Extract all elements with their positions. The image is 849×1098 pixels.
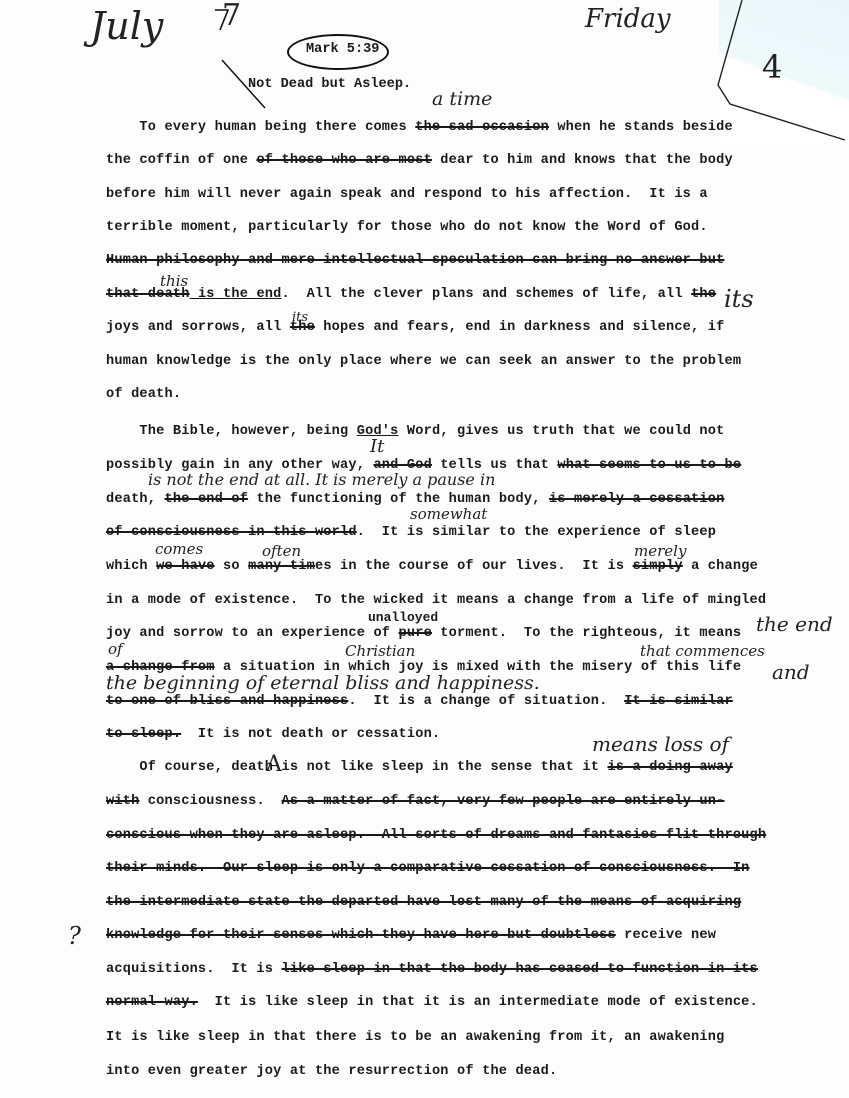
text-line: to sleep. It is not death or cessation. [106, 727, 440, 742]
struck-text: of consciousness in this world [106, 525, 357, 540]
struck-text: It is similar [624, 694, 733, 709]
text-segment: . It is a change of situation. [348, 694, 624, 709]
text-segment: a situation in which joy is mixed with t… [215, 660, 742, 675]
text-segment: The Bible, however, being [106, 424, 357, 439]
handwritten-weekday: Friday [585, 4, 671, 34]
text-segment: consciousness. [139, 794, 281, 809]
document-page: July 7 Friday 4 Mark 5:39 Not Dead but A… [0, 0, 849, 1098]
text-line: into even greater joy at the resurrectio… [106, 1064, 557, 1079]
text-segment: Of course, death is not like sleep in th… [106, 760, 607, 775]
annotation-it: It [370, 436, 384, 457]
scripture-reference: Mark 5:39 [306, 42, 379, 57]
text-segment: Word, gives us truth that we could not [399, 424, 725, 439]
text-line: with consciousness. As a matter of fact,… [106, 794, 724, 809]
struck-text: and God [373, 458, 432, 473]
text-segment: It is not death or cessation. [181, 727, 440, 742]
text-segment: joy and sorrow to an experience of [106, 626, 399, 641]
text-segment: receive new [616, 928, 716, 943]
text-line: Of course, death is not like sleep in th… [106, 760, 733, 775]
annotation-christian: Christian [345, 642, 415, 660]
struck-text: a change from [106, 660, 215, 675]
text-line: which we have so many times in the cours… [106, 559, 758, 574]
text-line: It is like sleep in that there is to be … [106, 1030, 724, 1045]
text-line: joys and sorrows, all the hopes and fear… [106, 320, 724, 335]
struck-text: we have [156, 559, 215, 574]
underlined-text: God's [357, 424, 399, 439]
struck-text: is merely a cessation [549, 492, 725, 507]
text-segment: which [106, 559, 156, 574]
text-segment: . It is similar to the experience of sle… [357, 525, 716, 540]
text-line: a change from a situation in which joy i… [106, 660, 741, 675]
struck-text: that [106, 287, 148, 302]
struck-text: of those who are most [256, 153, 432, 168]
text-segment: a change [683, 559, 758, 574]
text-line: of death. [106, 387, 181, 402]
struck-text: conscious when they are asleep. All sort… [106, 828, 766, 843]
annotation-somewhat: somewhat [410, 505, 487, 523]
text-line: terrible moment, particularly for those … [106, 220, 708, 235]
text-segment: dear to him and knows that the body [432, 153, 733, 168]
annotation-merely: merely [634, 542, 686, 560]
sermon-title: Not Dead but Asleep. [248, 77, 411, 92]
text-line: acquisitions. It is like sleep in that t… [106, 962, 758, 977]
text-line: that death is the end. All the clever pl… [106, 287, 716, 302]
corner-page-mark: 4 [762, 48, 782, 86]
text-segment: into even greater joy at the resurrectio… [106, 1064, 557, 1079]
text-line: To every human being there comes the sad… [106, 120, 733, 135]
underlined-text: is the end [190, 287, 282, 302]
text-segment: when he stands beside [549, 120, 733, 135]
struck-text: knowledge for their senses which they ha… [106, 928, 616, 943]
struck-text: Human philosophy and mere intellectual s… [106, 253, 724, 268]
text-segment: . All the clever plans and schemes of li… [282, 287, 692, 302]
margin-question-mark: ? [68, 922, 81, 950]
text-segment: It is like sleep in that there is to be … [106, 1030, 724, 1045]
annotation-means-loss-of: means loss of [592, 732, 729, 756]
text-segment: death, [106, 492, 165, 507]
annotation-and: and [772, 660, 810, 684]
text-segment: joys and sorrows, all [106, 320, 290, 335]
text-segment: possibly gain in any other way, [106, 458, 373, 473]
text-line: of consciousness in this world. It is si… [106, 525, 716, 540]
struck-text: As a matter of fact, very few people are… [282, 794, 725, 809]
text-segment: hopes and fears, end in darkness and sil… [315, 320, 725, 335]
text-line: in a mode of existence. To the wicked it… [106, 593, 766, 608]
text-segment: so [215, 559, 248, 574]
text-segment: torment. To the righteous, it means [432, 626, 741, 641]
text-line: to one of bliss and happiness. It is a c… [106, 694, 733, 709]
struck-text: pure [399, 626, 432, 641]
struck-text: the end of [165, 492, 249, 507]
text-segment: It is like sleep in that it is an interm… [198, 995, 758, 1010]
text-line: Human philosophy and mere intellectual s… [106, 253, 724, 268]
struck-text: their minds. Our sleep is only a compara… [106, 861, 750, 876]
struck-text: simply [633, 559, 683, 574]
handwritten-day-number: 7 [222, 0, 241, 33]
struck-text: to one of bliss and happiness [106, 694, 348, 709]
struck-text: the [691, 287, 716, 302]
text-segment: tells us that [432, 458, 557, 473]
struck-text: normal way. [106, 995, 198, 1010]
text-line: joy and sorrow to an experience of pure … [106, 626, 741, 641]
text-segment: acquisitions. It is [106, 962, 282, 977]
text-line: possibly gain in any other way, and God … [106, 458, 741, 473]
text-line: The Bible, however, being God's Word, gi… [106, 424, 724, 439]
text-line: knowledge for their senses which they ha… [106, 928, 716, 943]
struck-text: the intermediate state the departed have… [106, 895, 741, 910]
struck-text: death [148, 287, 190, 302]
text-segment: before him will never again speak and re… [106, 187, 708, 202]
text-segment: the functioning of the human body, [248, 492, 549, 507]
text-segment: in a mode of existence. To the wicked it… [106, 593, 766, 608]
struck-text: the sad occasion [415, 120, 549, 135]
annotation-that-commences: that commences [640, 642, 765, 660]
text-line: normal way. It is like sleep in that it … [106, 995, 758, 1010]
text-segment: of death. [106, 387, 181, 402]
annotation-often: often [262, 542, 301, 560]
text-segment: terrible moment, particularly for those … [106, 220, 708, 235]
text-line: the coffin of one of those who are most … [106, 153, 733, 168]
typed-insert-unalloyed: unalloyed [368, 610, 438, 625]
struck-text: what seems to us to be [557, 458, 741, 473]
handwritten-month: July [90, 4, 163, 48]
text-line: their minds. Our sleep is only a compara… [106, 861, 750, 876]
text-segment: human knowledge is the only place where … [106, 354, 741, 369]
text-segment: es in the course of our lives. It is [315, 559, 633, 574]
annotation-the-end: the end [756, 612, 833, 636]
annotation-a-time: a time [432, 88, 492, 110]
text-segment: To every human being there comes [106, 120, 415, 135]
text-segment: the coffin of one [106, 153, 256, 168]
struck-text: many tim [248, 559, 315, 574]
struck-text: the [290, 320, 315, 335]
text-line: human knowledge is the only place where … [106, 354, 741, 369]
struck-text: is a doing away [607, 760, 732, 775]
text-line: before him will never again speak and re… [106, 187, 708, 202]
struck-text: like sleep in that the body has ceased t… [282, 962, 758, 977]
annotation-its-margin: its [724, 285, 754, 313]
text-line: death, the end of the functioning of the… [106, 492, 724, 507]
text-line: conscious when they are asleep. All sort… [106, 828, 766, 843]
annotation-comes: comes [155, 540, 203, 558]
annotation-of: of [108, 640, 123, 658]
text-line: the intermediate state the departed have… [106, 895, 741, 910]
annotation-the-beginning: the beginning of eternal bliss and happi… [106, 672, 540, 694]
struck-text: to sleep. [106, 727, 181, 742]
struck-text: with [106, 794, 139, 809]
